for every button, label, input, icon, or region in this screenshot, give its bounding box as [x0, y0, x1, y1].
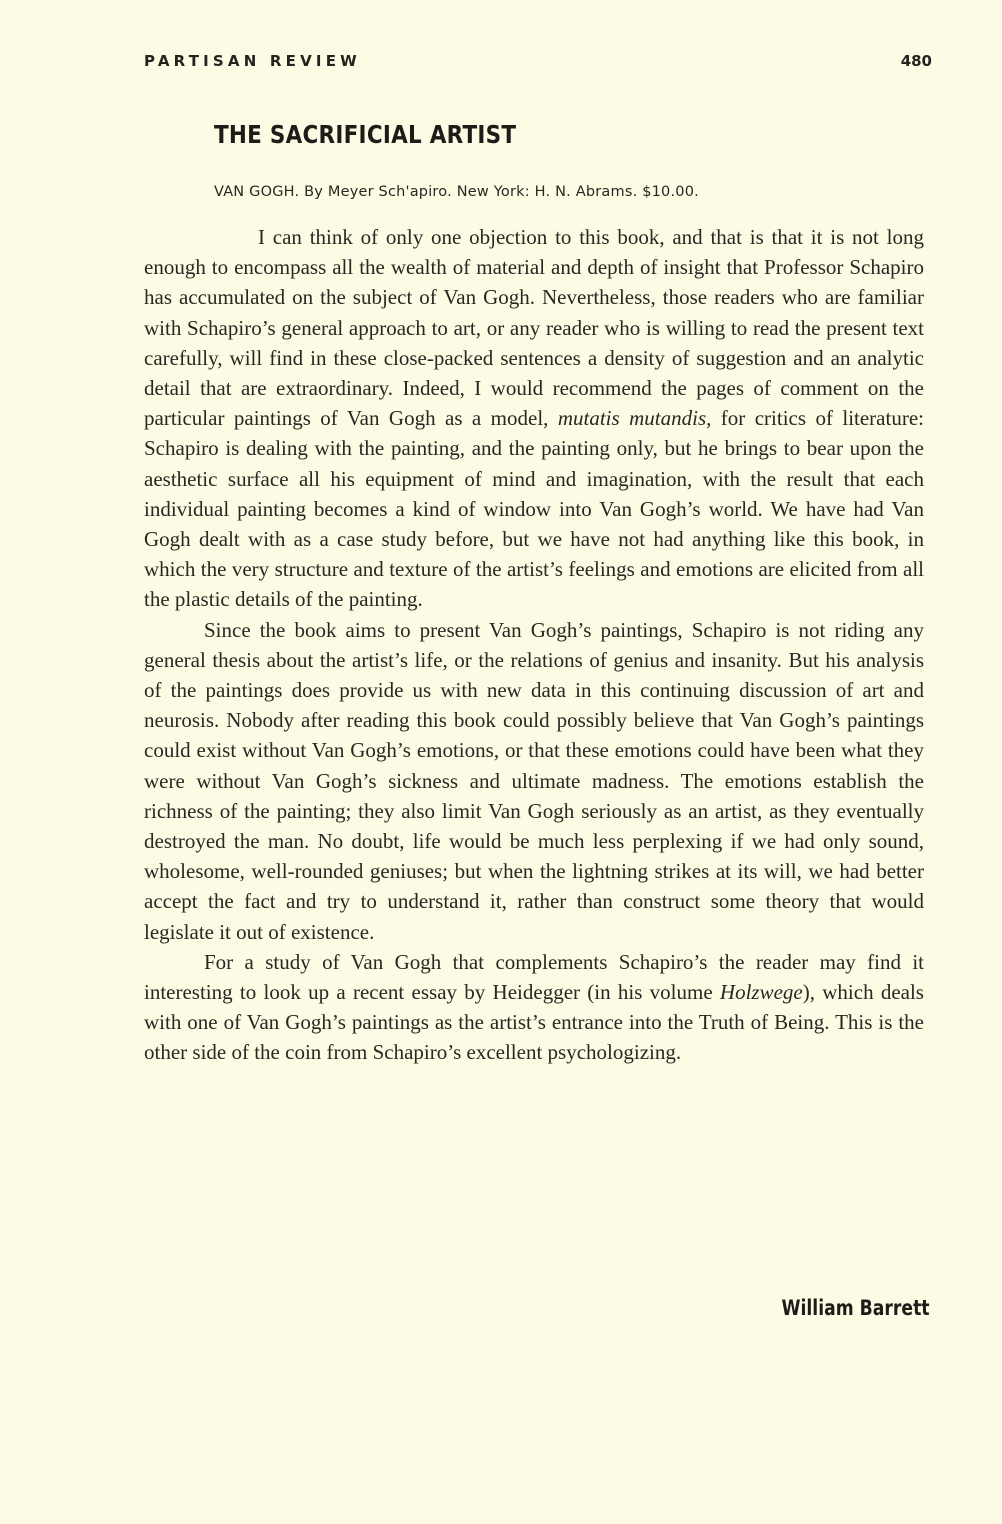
review-body: I can think of only one objection to thi… [144, 222, 924, 1068]
paragraph-1: I can think of only one objection to thi… [144, 222, 924, 615]
paragraph-2: Since the book aims to present Van Gogh’… [144, 615, 924, 947]
paragraph-1-text-b: for critics of literature: Schapiro is d… [144, 406, 924, 611]
journal-name: PARTISAN REVIEW [144, 52, 361, 70]
article-title: THE SACRIFICIAL ARTIST [214, 120, 516, 149]
paragraph-1-italic: mutatis mutandis, [558, 406, 712, 430]
book-citation: VAN GOGH. By Meyer Sch'apiro. New York: … [214, 184, 699, 200]
paragraph-3-italic: Holzwege [720, 980, 803, 1004]
author-byline: William Barrett [782, 1296, 930, 1320]
paragraph-3: For a study of Van Gogh that complements… [144, 947, 924, 1068]
page-number: 480 [901, 52, 932, 70]
running-head: PARTISAN REVIEW 480 [144, 52, 932, 76]
paragraph-1-text-a: I can think of only one objection to thi… [144, 225, 924, 430]
